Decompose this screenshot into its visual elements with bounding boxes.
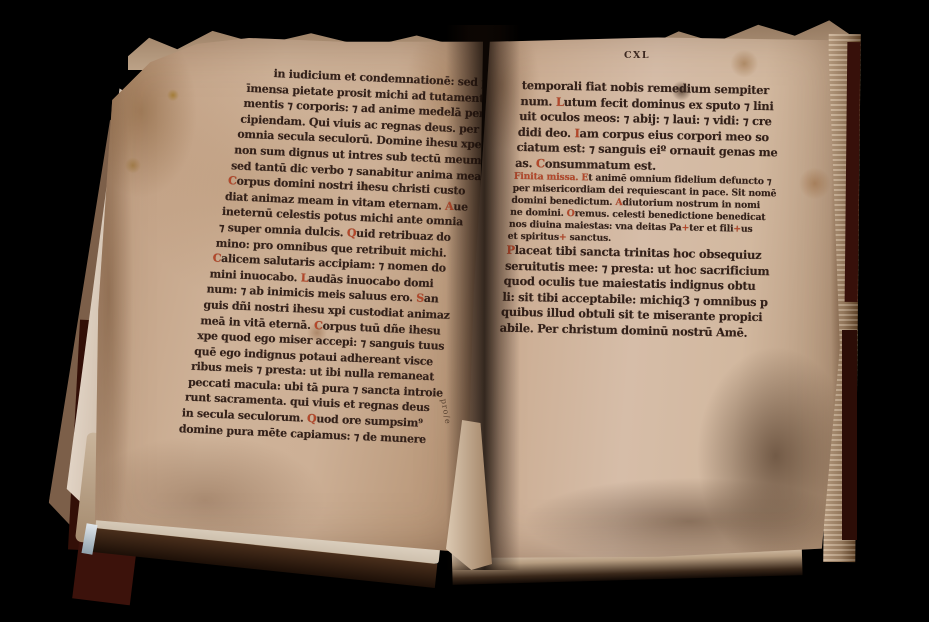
binding-edge-right-top xyxy=(845,42,861,302)
binding-edge-right-bottom xyxy=(842,330,857,540)
ink-text: an xyxy=(424,292,439,306)
ink-text: domini benedictum. xyxy=(511,195,615,208)
ink-text: uid retribuaz do xyxy=(356,227,451,244)
ink-text: us xyxy=(741,224,753,235)
rubric-text: Finita missa. xyxy=(514,171,582,183)
right-page: CXL temporali fiat nobis remedium sempit… xyxy=(462,20,854,565)
ink-text: ter et fili xyxy=(689,223,733,235)
folio-number: CXL xyxy=(602,50,672,61)
ink-text: onsummatum est. xyxy=(545,156,656,172)
ink-text: sanctus. xyxy=(566,232,611,244)
manuscript-photo: in iudicium et condemnationē: sed pro tu… xyxy=(0,0,929,622)
ink-text: didi deo. xyxy=(518,124,575,139)
left-page: in iudicium et condemnationē: sed pro tu… xyxy=(85,25,485,565)
right-page-text: temporali fiat nobis remedium sempiternu… xyxy=(517,78,832,342)
ink-text: num. xyxy=(520,93,556,108)
rubric-text: C xyxy=(536,156,545,170)
